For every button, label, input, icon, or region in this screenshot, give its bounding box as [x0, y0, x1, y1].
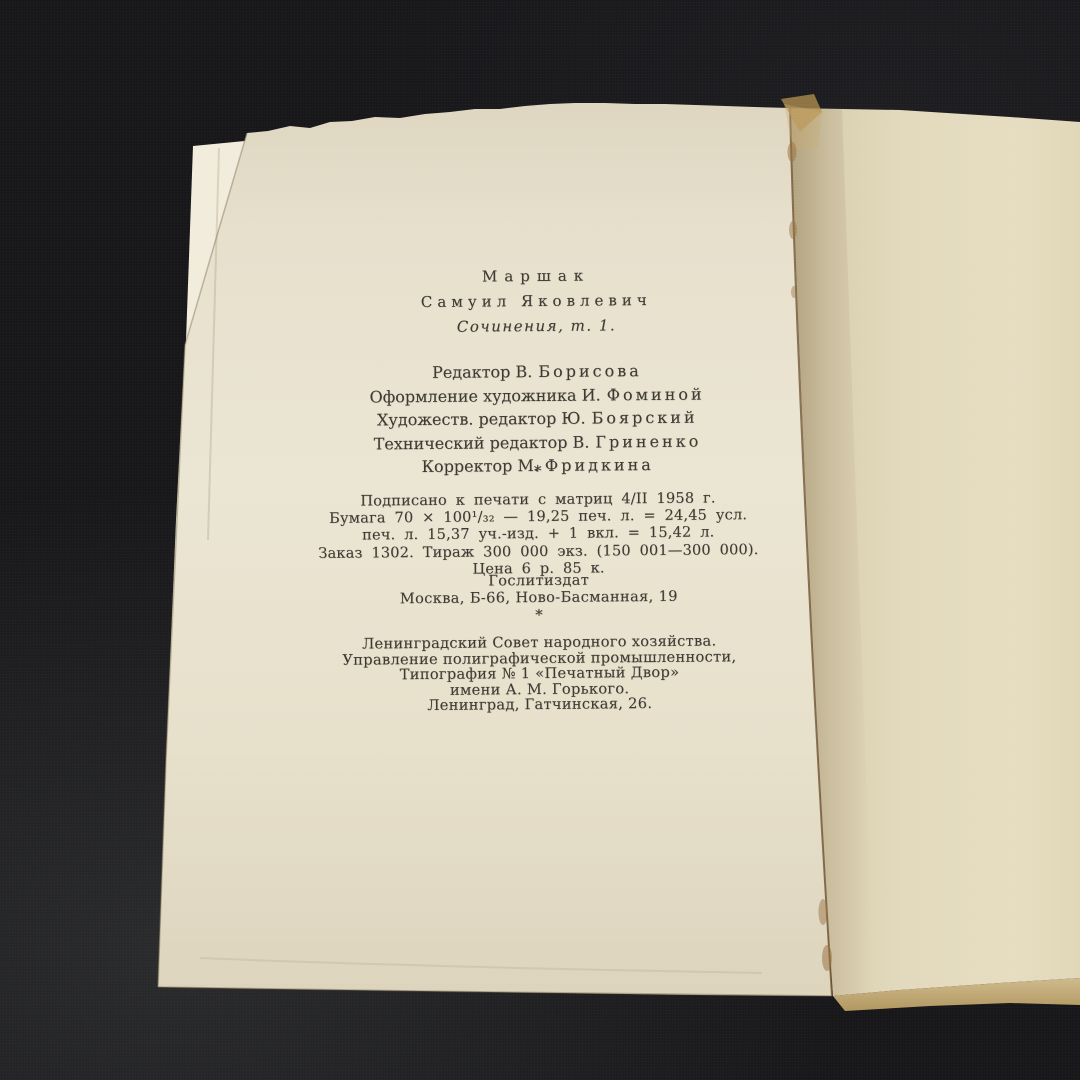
credit-surname: Боярский	[591, 408, 697, 428]
seam-stain	[819, 899, 828, 925]
credit-role: Технический редактор В.	[374, 432, 590, 453]
printer-line: Ленинград, Гатчинская, 26.	[305, 695, 775, 715]
publisher-block: Гослитиздат Москва, Б-66, Ново-Басманная…	[304, 571, 774, 609]
credit-role: Художеств. редактор Ю.	[377, 409, 586, 430]
author-block: Маршак Самуил Яковлевич Сочинения, т. 1.	[301, 262, 772, 341]
credit-surname: Борисова	[538, 361, 642, 381]
credit-role: Редактор В.	[432, 362, 532, 382]
colophon-text: Маршак Самуил Яковлевич Сочинения, т. 1.…	[301, 248, 775, 752]
work-title: Сочинения, т. 1.	[301, 312, 771, 341]
separator-asterisk: *	[303, 462, 773, 481]
seam-stain	[788, 142, 797, 162]
seam-stain	[789, 221, 797, 239]
book-photo: Маршак Самуил Яковлевич Сочинения, т. 1.…	[0, 0, 1080, 1080]
seam-stain	[822, 945, 832, 971]
credit-surname: Гриненко	[595, 431, 701, 451]
seam-stain	[791, 286, 797, 298]
credit-line: Оформление художника И.Фоминой	[302, 382, 772, 410]
credit-surname: Фоминой	[607, 384, 705, 404]
credit-role: Оформление художника И.	[369, 385, 600, 406]
printer-block: Ленинградский Совет народного хозяйства.…	[304, 633, 775, 715]
separator-asterisk: *	[304, 606, 774, 625]
imprint-block: Подписано к печати с матриц 4/II 1958 г.…	[303, 490, 774, 580]
